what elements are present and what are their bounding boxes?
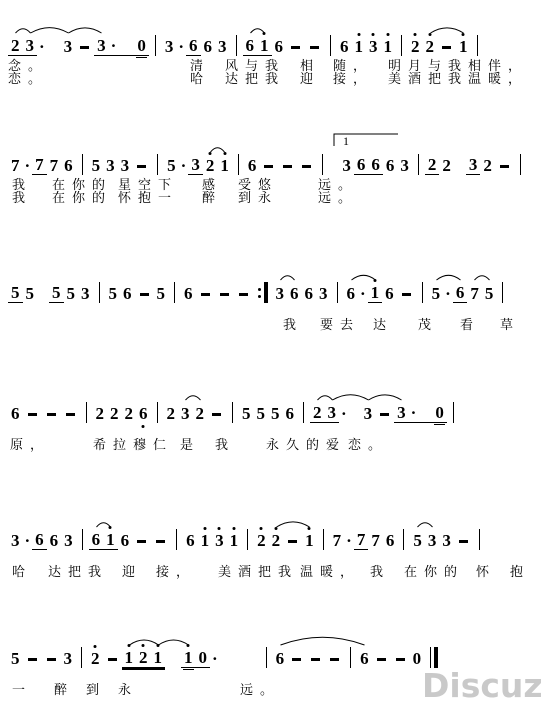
note-digit: 3 <box>118 156 133 175</box>
slur <box>431 28 464 33</box>
barline <box>157 402 158 423</box>
lyric: 美酒把我 <box>388 68 468 87</box>
barline <box>86 402 87 423</box>
slur <box>475 276 490 280</box>
note-digit: 6 <box>245 156 260 175</box>
note-digit: 1 <box>181 648 196 667</box>
note-digit: 2 <box>310 403 325 422</box>
note-digit: 1 <box>103 530 118 549</box>
augmentation-dot: · <box>109 36 119 55</box>
underline-group: 6 <box>32 530 47 550</box>
note-digit: 2 <box>93 404 108 423</box>
note-digit: 2 <box>254 531 269 550</box>
barline <box>303 402 304 423</box>
note-digit: 1 <box>217 156 232 175</box>
barline <box>330 35 331 56</box>
underline-group: 7 <box>354 530 369 550</box>
note-digit: 3 <box>61 531 76 550</box>
duration-dash <box>380 413 389 416</box>
note-digit: 0 <box>196 648 211 667</box>
note-digit: 1 <box>257 36 272 55</box>
note-digit: 5 <box>239 404 254 423</box>
note-digit: 6 <box>337 37 352 56</box>
note-digit: 7 <box>32 155 47 174</box>
augmentation-dot: · <box>37 37 47 56</box>
note-digit: 5 <box>8 283 23 302</box>
note-digit: 3 <box>61 37 76 56</box>
score-line: 3·66361661312217·776533 <box>8 504 542 550</box>
note-digit: 6 <box>61 156 76 175</box>
notation-row: 55553565636636·165·675 <box>8 283 542 303</box>
duration-dash <box>47 658 56 661</box>
notation-row: 7·7765335·3216366632232 <box>8 155 542 175</box>
slur <box>159 640 189 645</box>
barline <box>322 154 323 175</box>
slur <box>281 276 295 280</box>
note-digit: 6 <box>47 531 62 550</box>
note-digit: 3 <box>162 37 177 56</box>
duration-dash <box>108 658 117 661</box>
slur-overlay <box>8 622 542 648</box>
lyric: 到永 <box>238 187 278 206</box>
note-digit: 1 <box>151 648 166 667</box>
note-digit: 1 <box>122 648 137 667</box>
note-digit: 6 <box>89 530 104 549</box>
note-digit: 2 <box>408 37 423 56</box>
slur <box>69 28 102 33</box>
notation-row: 3·66361661312217·776533 <box>8 530 542 550</box>
note-digit: 1 <box>368 283 383 302</box>
note-digit: 5 <box>429 284 444 303</box>
note-digit: 6 <box>183 531 198 550</box>
note-digit: 2 <box>423 37 438 56</box>
note-digit: 5 <box>106 284 121 303</box>
duration-dash <box>311 658 320 661</box>
note-digit: 3 <box>397 156 412 175</box>
barline <box>502 282 503 303</box>
underline-group: 3·0 <box>394 403 447 423</box>
underline-group: 5 <box>8 283 23 303</box>
note-digit: 5 <box>23 284 38 303</box>
note-digit: 5 <box>482 284 497 303</box>
slur <box>277 522 310 527</box>
note-digit: 7 <box>47 156 62 175</box>
score-line: 17·7765335·3216366632232 <box>8 129 542 175</box>
note-digit: 3 <box>23 36 38 55</box>
duration-dash <box>283 165 292 168</box>
barline <box>174 282 175 303</box>
barline <box>479 529 480 550</box>
lyric: 达把我 <box>225 68 285 87</box>
note-digit: 3 <box>273 284 288 303</box>
note-digit: 0 <box>432 403 447 422</box>
barline <box>247 529 248 550</box>
notation-row: 53212110·660 <box>8 648 542 668</box>
barline <box>82 529 83 550</box>
score-line: 53212110·660 <box>8 622 542 668</box>
note-digit: 6 <box>201 37 216 56</box>
note-digit: 6 <box>453 283 468 302</box>
note-digit: 6 <box>357 649 372 668</box>
barline <box>236 35 237 56</box>
lyric: 接， <box>333 68 373 87</box>
lyric: 我 <box>370 561 390 580</box>
note-digit: 2 <box>439 156 454 175</box>
note-digit: 3 <box>215 37 230 56</box>
barline <box>266 647 267 668</box>
note-digit: 2 <box>425 155 440 174</box>
augmentation-dot: · <box>176 37 186 56</box>
duration-dash <box>302 165 311 168</box>
note-digit: 6 <box>32 530 47 549</box>
duration-dash <box>330 658 339 661</box>
lyric: 草 <box>500 314 520 333</box>
note-digit: 2 <box>136 648 151 667</box>
lyric: 怀 <box>476 561 496 580</box>
note-digit: 5 <box>64 284 79 303</box>
lyric: 迎 <box>122 561 142 580</box>
underline-group: 61 <box>89 530 118 550</box>
note-digit: 3 <box>178 404 193 423</box>
underline-group: 6 <box>453 283 468 303</box>
lyric: 茂 <box>418 314 438 333</box>
underline-group: 23 <box>310 403 339 423</box>
note-digit: 2 <box>8 36 23 55</box>
lyric: 接， <box>156 561 196 580</box>
duration-dash <box>292 658 301 661</box>
augmentation-dot: · <box>339 404 349 423</box>
barline <box>176 529 177 550</box>
duration-dash <box>459 540 468 543</box>
duration-dash <box>28 413 37 416</box>
underline-group: 66 <box>354 155 383 175</box>
note-digit: 2 <box>164 404 179 423</box>
lyric: 哈 <box>12 561 32 580</box>
notation-row: 62226232555623·33·0 <box>8 403 542 423</box>
note-digit: 3 <box>439 531 454 550</box>
note-digit: 2 <box>203 156 218 175</box>
duration-dash <box>291 46 300 49</box>
note-digit: 6 <box>243 36 258 55</box>
note-digit: 2 <box>193 404 208 423</box>
underline-group: 3·0 <box>94 36 149 56</box>
note-digit: 1 <box>302 531 317 550</box>
note-digit: 3 <box>188 155 203 174</box>
note-digit: 0 <box>134 36 149 55</box>
final-barline <box>430 647 438 668</box>
slur <box>186 396 201 400</box>
note-digit: 6 <box>283 404 298 423</box>
note-digit: 6 <box>118 531 133 550</box>
duration-dash <box>220 293 229 296</box>
note-digit: 3 <box>366 37 381 56</box>
lyric: 一 <box>12 679 32 698</box>
underline-group: 6 <box>186 36 201 56</box>
duration-dash <box>137 540 146 543</box>
augmentation-dot: · <box>23 531 33 550</box>
slur <box>16 29 31 33</box>
note-digit: 1 <box>456 37 471 56</box>
note-digit: 7 <box>330 531 345 550</box>
barline <box>81 647 82 668</box>
slur-overlay: 1 <box>8 129 542 155</box>
barline <box>323 529 324 550</box>
note-digit: 3 <box>61 649 76 668</box>
barline <box>520 154 521 175</box>
augmentation-dot: · <box>210 649 220 668</box>
duration-dash <box>156 540 165 543</box>
note-digit: 1 <box>381 37 396 56</box>
lyric: 远。 <box>240 679 280 698</box>
lyric: 我 <box>283 314 303 333</box>
lyric: 看 <box>460 314 480 333</box>
lyric: 怀抱一 <box>118 187 178 206</box>
lyric: 到 <box>86 679 106 698</box>
spacer <box>165 667 181 668</box>
note-digit: 5 <box>254 404 269 423</box>
note-digit: 6 <box>287 284 302 303</box>
slur <box>31 28 69 33</box>
barline <box>453 402 454 423</box>
augmentation-dot: · <box>23 156 33 175</box>
augmentation-dot: · <box>179 156 189 175</box>
barline <box>350 647 351 668</box>
duration-dash <box>80 46 89 49</box>
note-digit: 1 <box>352 37 367 56</box>
underline-group: 1 <box>368 283 383 303</box>
note-digit: 6 <box>344 284 359 303</box>
note-digit: 5 <box>410 531 425 550</box>
lyric: 醉 <box>54 679 74 698</box>
spacer <box>220 667 260 668</box>
lyric: 温暖， <box>468 68 528 87</box>
note-digit: 6 <box>186 36 201 55</box>
note-digit: 6 <box>8 404 23 423</box>
slur <box>318 396 333 400</box>
note-digit: 3 <box>394 403 409 422</box>
lyric: 醉 <box>202 187 222 206</box>
note-digit: 1 <box>227 531 242 550</box>
duration-dash <box>28 658 37 661</box>
lyric: 美酒把我 <box>218 561 298 580</box>
note-digit: 2 <box>480 156 495 175</box>
lyric: 恋。 <box>348 434 388 453</box>
note-digit: 1 <box>198 531 213 550</box>
slur <box>211 148 225 152</box>
barline <box>155 35 156 56</box>
lyric: 温暖， <box>300 561 360 580</box>
note-digit: 3 <box>103 156 118 175</box>
lyric: 是 <box>180 434 200 453</box>
lyric: 哈 <box>190 68 210 87</box>
note-digit: 5 <box>49 283 64 302</box>
note-digit: 6 <box>136 404 151 423</box>
note-digit: 3 <box>212 531 227 550</box>
duration-dash <box>140 293 149 296</box>
lyric: 要去 <box>320 314 360 333</box>
spacer <box>37 302 49 303</box>
note-digit: 6 <box>368 155 383 174</box>
duration-dash <box>500 165 509 168</box>
note-digit: 3 <box>466 155 481 174</box>
note-digit: 6 <box>120 284 135 303</box>
slur <box>369 395 402 400</box>
barline <box>401 35 402 56</box>
barline <box>477 35 478 56</box>
underline-group: 5 <box>49 283 64 303</box>
barline <box>418 154 419 175</box>
underline-group: 7 <box>32 155 47 175</box>
note-digit: 6 <box>302 284 317 303</box>
barline <box>232 402 233 423</box>
underline-group: 61 <box>243 36 272 56</box>
spacer <box>118 54 134 55</box>
note-digit: 3 <box>425 531 440 550</box>
lyric: 达 <box>373 314 393 333</box>
note-digit: 3 <box>361 404 376 423</box>
note-digit: 2 <box>122 404 137 423</box>
barline <box>403 529 404 550</box>
underline-group: 3 <box>466 155 481 175</box>
note-digit: 2 <box>107 404 122 423</box>
note-digit: 3 <box>8 531 23 550</box>
lyric: 永久的爱 <box>266 434 346 453</box>
note-digit: 7 <box>8 156 23 175</box>
discuz-watermark: Discuz! <box>422 666 547 705</box>
note-digit: 6 <box>383 531 398 550</box>
duration-dash <box>137 165 146 168</box>
barline <box>99 282 100 303</box>
duration-dash <box>264 165 273 168</box>
spacer <box>349 422 361 423</box>
slur <box>418 523 433 527</box>
lyric: 抱 <box>510 561 530 580</box>
barline <box>157 154 158 175</box>
slur <box>352 275 376 280</box>
slur <box>333 395 369 400</box>
duration-dash <box>66 413 75 416</box>
note-digit: 6 <box>382 284 397 303</box>
duration-dash <box>377 658 386 661</box>
note-digit: 3 <box>94 36 109 55</box>
lyric: 远。 <box>318 187 358 206</box>
note-digit: 3 <box>339 156 354 175</box>
note-digit: 3 <box>78 284 93 303</box>
lyric: 恋。 <box>8 68 48 87</box>
lyric: 迎 <box>300 68 320 87</box>
note-digit: 6 <box>383 156 398 175</box>
augmentation-dot: · <box>443 284 453 303</box>
note-digit: 0 <box>410 649 425 668</box>
underline-group: 3 <box>188 155 203 175</box>
note-digit: 2 <box>88 649 103 668</box>
note-digit: 5 <box>89 156 104 175</box>
note-digit: 2 <box>269 531 284 550</box>
lyric: 在你的 <box>404 561 464 580</box>
underline-group: 121 <box>122 648 166 668</box>
underline-group: 10 <box>181 648 210 668</box>
notation-row: 23·33·03·6636166131221 <box>8 36 542 56</box>
barline <box>422 282 423 303</box>
slur-overlay <box>8 257 542 283</box>
note-digit: 7 <box>368 531 383 550</box>
underline-group: 23 <box>8 36 37 56</box>
augmentation-dot: · <box>358 284 368 303</box>
duration-dash <box>396 658 405 661</box>
repeat-end-barline <box>258 282 268 303</box>
lyric: 永 <box>118 679 138 698</box>
note-digit: 3 <box>316 284 331 303</box>
lyric: 我 <box>12 187 32 206</box>
slur-overlay <box>8 377 542 403</box>
duration-dash <box>212 413 221 416</box>
duration-dash <box>402 293 411 296</box>
slur <box>437 275 461 280</box>
note-digit: 6 <box>273 649 288 668</box>
note-digit: 5 <box>164 156 179 175</box>
barline <box>337 282 338 303</box>
note-digit: 5 <box>154 284 169 303</box>
barline <box>82 154 83 175</box>
note-digit: 3 <box>325 403 340 422</box>
lyric: 达把我 <box>48 561 108 580</box>
duration-dash <box>288 540 297 543</box>
lyric: 在你的 <box>52 187 112 206</box>
lyric: 希拉穆仁 <box>93 434 173 453</box>
lyric: 原， <box>10 434 50 453</box>
note-digit: 6 <box>272 37 287 56</box>
duration-dash <box>201 293 210 296</box>
spacer <box>454 174 466 175</box>
spacer <box>418 421 432 422</box>
lyric: 我 <box>215 434 235 453</box>
underline-group: 2 <box>425 155 440 175</box>
note-digit: 5 <box>8 649 23 668</box>
note-digit: 7 <box>354 530 369 549</box>
duration-dash <box>442 46 451 49</box>
slur <box>281 637 365 645</box>
score-line: 55553565636636·165·675 <box>8 257 542 303</box>
duration-dash <box>47 413 56 416</box>
spacer <box>47 55 61 56</box>
note-digit: 7 <box>467 284 482 303</box>
augmentation-dot: · <box>409 403 419 422</box>
augmentation-dot: · <box>344 531 354 550</box>
score-line: 23·33·03·6636166131221 <box>8 10 542 56</box>
note-digit: 6 <box>354 155 369 174</box>
duration-dash <box>310 46 319 49</box>
volta-label: 1 <box>343 134 349 148</box>
sheet-music-page: Discuz! 23·33·03·6636166131221念。清风与我相随，明… <box>0 0 547 715</box>
note-digit: 6 <box>181 284 196 303</box>
score-line: 62226232555623·33·0 <box>8 377 542 423</box>
barline <box>238 154 239 175</box>
duration-dash <box>239 293 248 296</box>
note-digit: 5 <box>268 404 283 423</box>
